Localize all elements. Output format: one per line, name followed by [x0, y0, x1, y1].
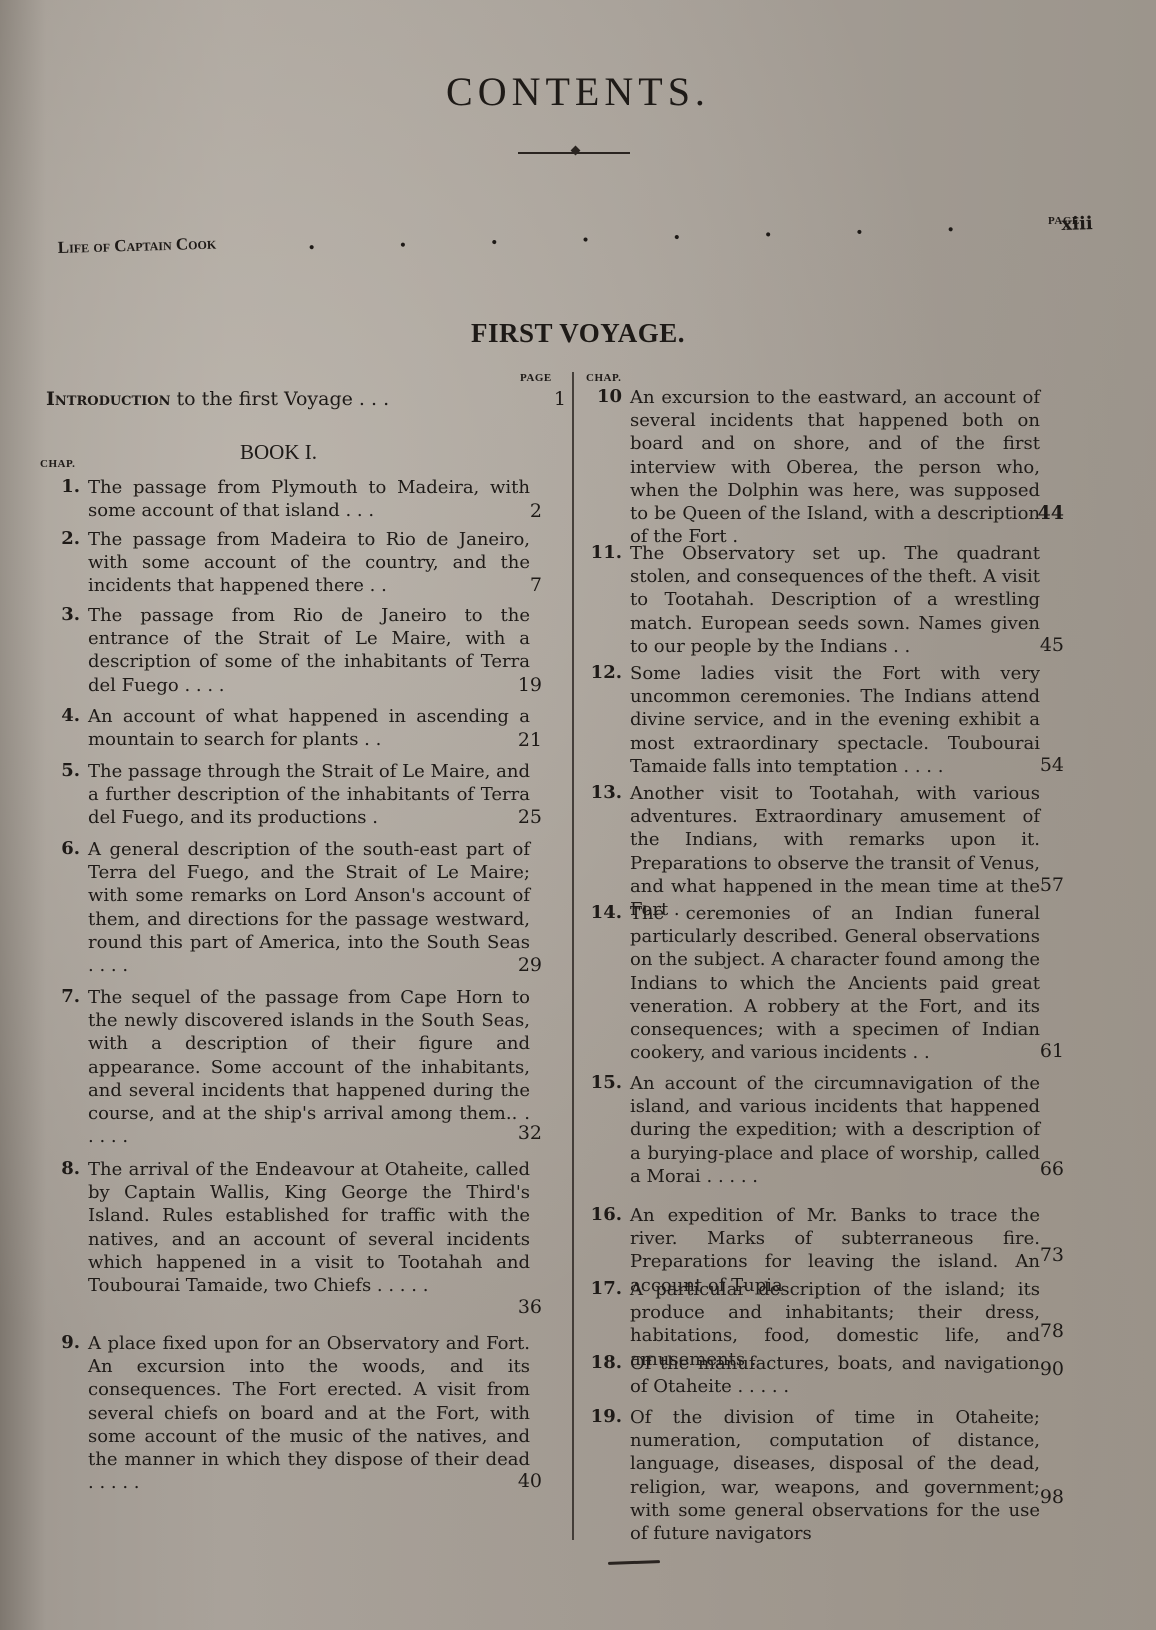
entry-label: Introduction to the first Voyage . . . — [46, 388, 389, 410]
chapter-description: Of the manufactures, boats, and navigati… — [630, 1352, 1040, 1398]
introduction-entry: Introduction to the first Voyage . . . 1 — [46, 388, 566, 414]
page-column-header: PAGE — [520, 372, 552, 384]
chapter-number: 12. — [584, 662, 622, 683]
chapter-number: 10 — [584, 386, 622, 407]
book-page: CONTENTS. PAGE Life of Captain Cook . . … — [0, 0, 1156, 1630]
section-title: FIRST VOYAGE. — [0, 318, 1156, 349]
chapter-column-header: CHAP. — [40, 458, 75, 470]
chapter-description: A general description of the south-east … — [88, 838, 530, 977]
bottom-ornament-rule — [608, 1560, 660, 1565]
entry-page-number: 44 — [1024, 502, 1064, 524]
chapter-number: 4. — [30, 705, 80, 726]
chapter-number: 6. — [30, 838, 80, 859]
chapter-description: An account of what happened in ascending… — [88, 705, 530, 751]
entry-page-number: 40 — [502, 1470, 542, 1492]
chapter-description: The ceremonies of an Indian funeral part… — [630, 902, 1040, 1064]
chapter-number: 8. — [30, 1158, 80, 1179]
chapter-description: The passage from Plymouth to Madeira, wi… — [88, 476, 530, 522]
chapter-description: The passage from Madeira to Rio de Janei… — [88, 528, 530, 598]
entry-page-number: 98 — [1024, 1486, 1064, 1508]
chapter-column-header: CHAP. — [586, 372, 621, 384]
entry-page-number: 36 — [502, 1296, 542, 1318]
page-title: CONTENTS. — [0, 68, 1156, 115]
entry-page-number: 21 — [502, 729, 542, 751]
chapter-description: Some ladies visit the Fort with very unc… — [630, 662, 1040, 778]
entry-page-number: 90 — [1024, 1358, 1064, 1380]
entry-page-number: 19 — [502, 674, 542, 696]
chapter-number: 3. — [30, 604, 80, 625]
chapter-description: The sequel of the passage from Cape Horn… — [88, 986, 530, 1148]
chapter-number: 14. — [584, 902, 622, 923]
entry-page-number: 25 — [502, 806, 542, 828]
chapter-number: 11. — [584, 542, 622, 563]
chapter-number: 16. — [584, 1204, 622, 1225]
chapter-description: The Observatory set up. The quadrant sto… — [630, 542, 1040, 658]
entry-page-number: 32 — [502, 1122, 542, 1144]
chapter-description: Of the division of time in Otaheite; num… — [630, 1406, 1040, 1545]
chapter-description: The passage from Rio de Janeiro to the e… — [88, 604, 530, 697]
entry-page-number: xiii — [1061, 213, 1093, 235]
chapter-number: 9. — [30, 1332, 80, 1353]
chapter-number: 15. — [584, 1072, 622, 1093]
chapter-number: 17. — [584, 1278, 622, 1299]
entry-page-number: 2 — [502, 500, 542, 522]
front-matter-entry: Life of Captain Cook . . . . . . . . . .… — [57, 207, 1098, 276]
chapter-number: 19. — [584, 1406, 622, 1427]
chapter-description: Another visit to Tootahah, with various … — [630, 782, 1040, 921]
entry-page-number: 1 — [554, 388, 566, 410]
entry-page-number: 73 — [1024, 1244, 1064, 1266]
chapter-description: The arrival of the Endeavour at Otaheite… — [88, 1158, 530, 1297]
leader-dots: . . . . . . . . . . . . . . . — [307, 209, 1007, 255]
chapter-description: A place fixed upon for an Observatory an… — [88, 1332, 530, 1494]
chapter-number: 2. — [30, 528, 80, 549]
entry-page-number: 54 — [1024, 754, 1064, 776]
chapter-number: 18. — [584, 1352, 622, 1373]
entry-page-number: 29 — [502, 954, 542, 976]
entry-page-number: 66 — [1024, 1158, 1064, 1180]
chapter-description: An excursion to the eastward, an account… — [630, 386, 1040, 548]
entry-label: Life of Captain Cook — [57, 234, 216, 258]
chapter-description: An account of the circumnavigation of th… — [630, 1072, 1040, 1188]
column-divider — [572, 372, 574, 1540]
entry-page-number: 61 — [1024, 1040, 1064, 1062]
entry-page-number: 78 — [1024, 1320, 1064, 1342]
chapter-number: 1. — [30, 476, 80, 497]
chapter-number: 7. — [30, 986, 80, 1007]
entry-page-number: 7 — [502, 574, 542, 596]
entry-page-number: 45 — [1024, 634, 1064, 656]
chapter-description: The passage through the Strait of Le Mai… — [88, 760, 530, 830]
book-heading: BOOK I. — [240, 440, 317, 465]
entry-page-number: 57 — [1024, 874, 1064, 896]
chapter-number: 13. — [584, 782, 622, 803]
chapter-number: 5. — [30, 760, 80, 781]
